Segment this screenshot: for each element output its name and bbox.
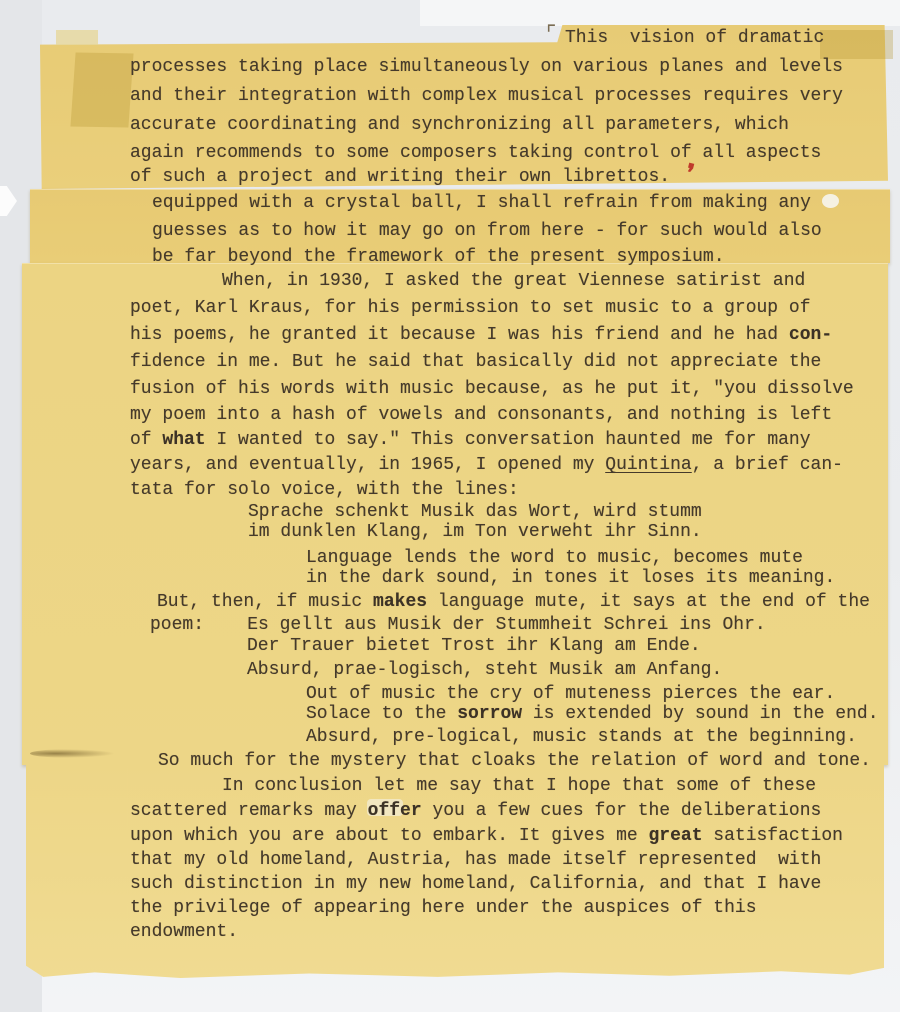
typed-line: scattered remarks may offer you a few cu… bbox=[130, 801, 821, 821]
typed-line: years, and eventually, in 1965, I opened… bbox=[130, 455, 843, 475]
typed-line: Sprache schenkt Musik das Wort, wird stu… bbox=[248, 502, 702, 522]
typed-line: In conclusion let me say that I hope tha… bbox=[222, 776, 816, 796]
typed-line: fusion of his words with music because, … bbox=[130, 379, 854, 399]
typed-line: processes taking place simultaneously on… bbox=[130, 57, 843, 77]
typed-line: tata for solo voice, with the lines: bbox=[130, 480, 519, 500]
typed-line: Language lends the word to music, become… bbox=[306, 548, 803, 568]
typed-line: of what I wanted to say." This conversat… bbox=[130, 430, 811, 450]
typed-line: Der Trauer bietet Trost ihr Klang am End… bbox=[247, 636, 701, 656]
typed-line: fidence in me. But he said that basicall… bbox=[130, 352, 821, 372]
typed-line: the privilege of appearing here under th… bbox=[130, 898, 757, 918]
typed-line: poet, Karl Kraus, for his permission to … bbox=[130, 298, 811, 318]
typed-line: This vision of dramatic bbox=[565, 28, 824, 48]
typed-line: Absurd, pre-logical, music stands at the… bbox=[306, 727, 857, 747]
typed-line: be far beyond the framework of the prese… bbox=[152, 247, 725, 267]
pencil-corner-bracket-mark: ⌜ bbox=[546, 22, 556, 47]
typed-line: Absurd, prae-logisch, steht Musik am Anf… bbox=[247, 660, 722, 680]
typed-line: his poems, he granted it because I was h… bbox=[130, 325, 832, 345]
typed-line: So much for the mystery that cloaks the … bbox=[158, 751, 871, 771]
typed-line: guesses as to how it may go on from here… bbox=[152, 221, 822, 241]
typed-line: in the dark sound, in tones it loses its… bbox=[306, 568, 835, 588]
typed-line: of such a project and writing their own … bbox=[130, 167, 670, 187]
typed-line: Solace to the sorrow is extended by soun… bbox=[306, 704, 879, 724]
typed-line: im dunklen Klang, im Ton verweht ihr Sin… bbox=[248, 522, 702, 542]
typed-line: upon which you are about to embark. It g… bbox=[130, 826, 843, 846]
typewritten-text-layer: This vision of dramaticprocesses taking … bbox=[0, 0, 900, 1012]
typed-line: equipped with a crystal ball, I shall re… bbox=[152, 193, 811, 213]
typed-line: and their integration with complex music… bbox=[130, 86, 843, 106]
typed-line: poem: Es gellt aus Musik der Stummheit S… bbox=[150, 615, 766, 635]
typed-line: my poem into a hash of vowels and conson… bbox=[130, 405, 832, 425]
typed-line: that my old homeland, Austria, has made … bbox=[130, 850, 821, 870]
typed-line: again recommends to some composers takin… bbox=[130, 143, 821, 163]
scanned-typewritten-page: This vision of dramaticprocesses taking … bbox=[0, 0, 900, 1012]
typed-line: But, then, if music makes language mute,… bbox=[157, 592, 870, 612]
typed-line: When, in 1930, I asked the great Viennes… bbox=[222, 271, 805, 291]
typed-line: accurate coordinating and synchronizing … bbox=[130, 115, 789, 135]
typed-line: Out of music the cry of muteness pierces… bbox=[306, 684, 835, 704]
typed-line: such distinction in my new homeland, Cal… bbox=[130, 874, 821, 894]
typed-line: endowment. bbox=[130, 922, 238, 942]
